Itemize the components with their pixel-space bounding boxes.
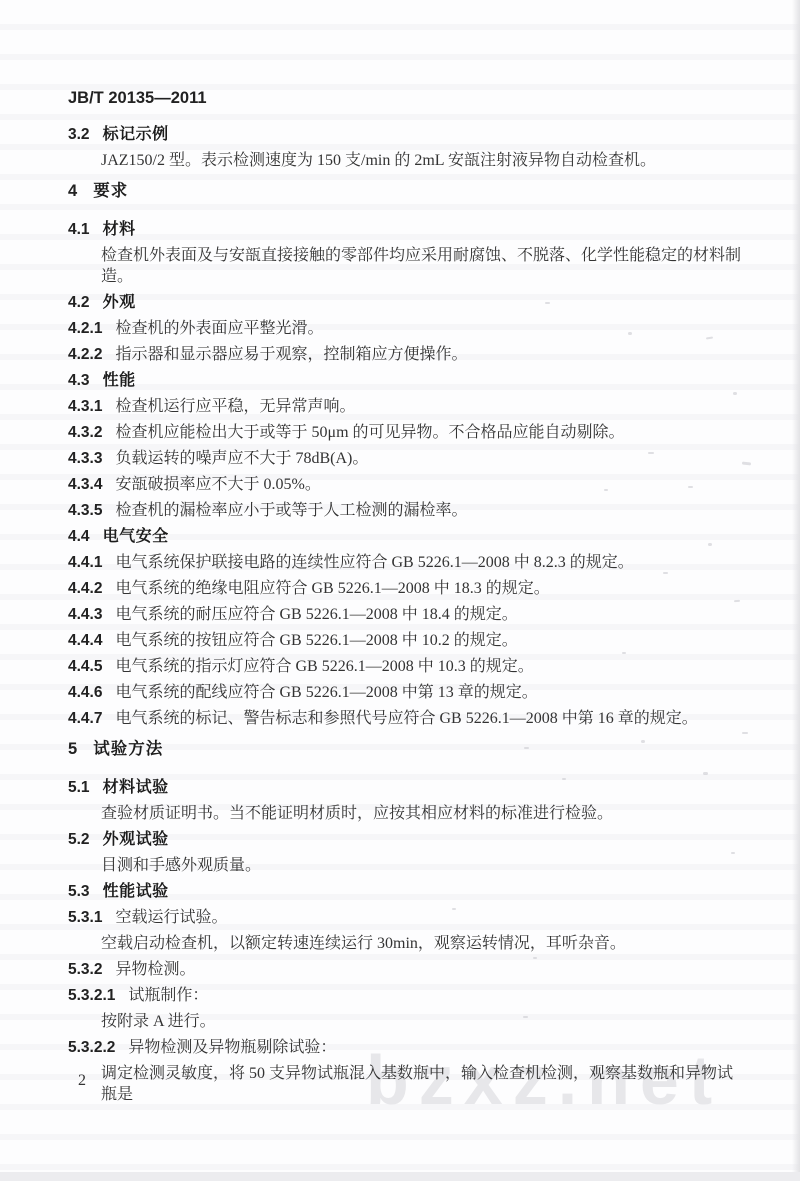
clause-4.3.1: 4.3.1检查机运行应平稳，无异常声响。 [68,396,748,417]
clause-text: 检查机应能检出大于或等于 50μm 的可见异物。不合格品应能自动剔除。 [115,424,624,441]
document-body: 3.2标记示例JAZ150/2 型。表示检测速度为 150 支/min 的 2m… [68,124,748,1105]
clause-text: 标记示例 [103,126,169,143]
heading-4.1: 4.1材料 [68,219,748,240]
clause-4.2.2: 4.2.2指示器和显示器应易于观察，控制箱应方便操作。 [68,344,748,365]
clause-number: 5.3.2 [68,961,102,978]
clause-number: 4.4.1 [68,554,102,571]
paragraph: 空载启动检查机，以额定转速连续运行 30min，观察运转情况，耳听杂音。 [68,933,748,954]
clause-4.3.3: 4.3.3负载运转的噪声应不大于 78dB(A)。 [68,448,748,469]
clause-text: 要求 [93,182,128,200]
clause-number: 4.4.4 [68,632,102,649]
clause-text: 负载运转的噪声应不大于 78dB(A)。 [115,450,368,467]
clause-text: 材料 [103,221,136,238]
clause-5.3.2: 5.3.2异物检测。 [68,959,748,980]
clause-number: 4.4.6 [68,684,102,701]
page-number: 2 [78,1072,86,1090]
clause-text: 电气系统的按钮应符合 GB 5226.1—2008 中 10.2 的规定。 [115,632,517,649]
clause-number: 4.2.2 [68,346,102,363]
clause-text: 性能试验 [103,883,169,900]
clause-number: 5.2 [68,831,90,848]
clause-text: 检查机的外表面应平整光滑。 [115,320,323,337]
clause-number: 3.2 [68,126,90,143]
clause-number: 5.3.2.2 [68,1039,115,1056]
clause-4.4.3: 4.4.3电气系统的耐压应符合 GB 5226.1—2008 中 18.4 的规… [68,604,748,625]
standard-code-header: JB/T 20135—2011 [68,88,748,109]
clause-text: 检查机的漏检率应小于或等于人工检测的漏检率。 [115,502,467,519]
clause-text: 目测和手感外观质量。 [101,857,261,874]
clause-number: 4.4.7 [68,710,102,727]
clause-text: 安瓿破损率应不大于 0.05%。 [115,476,320,493]
clause-4.4.1: 4.4.1电气系统保护联接电路的连续性应符合 GB 5226.1—2008 中 … [68,552,748,573]
clause-4.3.2: 4.3.2检查机应能检出大于或等于 50μm 的可见异物。不合格品应能自动剔除。 [68,422,748,443]
paragraph: 调定检测灵敏度，将 50 支异物试瓶混入基数瓶中，输入检查机检测，观察基数瓶和异… [68,1063,748,1105]
clause-number: 4.3 [68,372,90,389]
heading-4.3: 4.3性能 [68,370,748,391]
clause-text: 电气安全 [103,528,169,545]
heading-4.4: 4.4电气安全 [68,526,748,547]
clause-number: 4.4.3 [68,606,102,623]
clause-number: 4.4.5 [68,658,102,675]
clause-4.4.7: 4.4.7电气系统的标记、警告标志和参照代号应符合 GB 5226.1—2008… [68,708,748,729]
clause-text: 按附录 A 进行。 [101,1013,216,1030]
clause-text: 异物检测。 [115,961,195,978]
clause-text: 电气系统保护联接电路的连续性应符合 GB 5226.1—2008 中 8.2.3… [115,554,633,571]
clause-5.3.2.2: 5.3.2.2异物检测及异物瓶剔除试验： [68,1037,748,1058]
clause-text: 试验方法 [93,740,163,758]
clause-4.2.1: 4.2.1检查机的外表面应平整光滑。 [68,318,748,339]
clause-number: 5 [68,740,77,758]
heading-4.2: 4.2外观 [68,292,748,313]
clause-text: 空载启动检查机，以额定转速连续运行 30min，观察运转情况，耳听杂音。 [101,935,626,952]
scan-edge-artifact [0,1172,800,1181]
clause-4.4.4: 4.4.4电气系统的按钮应符合 GB 5226.1—2008 中 10.2 的规… [68,630,748,651]
clause-number: 5.3.1 [68,909,102,926]
clause-number: 4.3.4 [68,476,102,493]
chapter-5: 5试验方法 [68,739,748,760]
paragraph: 检查机外表面及与安瓿直接接触的零部件均应采用耐腐蚀、不脱落、化学性能稳定的材料制… [68,245,748,287]
clause-text: 异物检测及异物瓶剔除试验： [128,1039,336,1056]
clause-text: 电气系统的绝缘电阻应符合 GB 5226.1—2008 中 18.3 的规定。 [115,580,549,597]
clause-4.4.6: 4.4.6电气系统的配线应符合 GB 5226.1—2008 中第 13 章的规… [68,682,748,703]
clause-4.4.5: 4.4.5电气系统的指示灯应符合 GB 5226.1—2008 中 10.3 的… [68,656,748,677]
clause-text: 电气系统的指示灯应符合 GB 5226.1—2008 中 10.3 的规定。 [115,658,533,675]
clause-text: 检查机外表面及与安瓿直接接触的零部件均应采用耐腐蚀、不脱落、化学性能稳定的材料制… [101,247,741,285]
paragraph: JAZ150/2 型。表示检测速度为 150 支/min 的 2mL 安瓿注射液… [68,150,748,171]
clause-text: JAZ150/2 型。表示检测速度为 150 支/min 的 2mL 安瓿注射液… [101,152,656,169]
document-page: JB/T 20135—2011 3.2标记示例JAZ150/2 型。表示检测速度… [0,0,800,1105]
heading-5.1: 5.1材料试验 [68,777,748,798]
clause-number: 4.4 [68,528,90,545]
clause-text: 外观 [103,294,136,311]
clause-text: 检查机运行应平稳，无异常声响。 [115,398,355,415]
clause-4.4.2: 4.4.2电气系统的绝缘电阻应符合 GB 5226.1—2008 中 18.3 … [68,578,748,599]
clause-text: 材料试验 [103,779,169,796]
clause-number: 4.1 [68,221,90,238]
heading-5.2: 5.2外观试验 [68,829,748,850]
heading-5.3: 5.3性能试验 [68,881,748,902]
clause-number: 5.1 [68,779,90,796]
clause-number: 5.3 [68,883,90,900]
clause-text: 空载运行试验。 [115,909,227,926]
paragraph: 按附录 A 进行。 [68,1011,748,1032]
clause-text: 查验材质证明书。当不能证明材质时，应按其相应材料的标准进行检验。 [101,805,613,822]
clause-number: 4.2.1 [68,320,102,337]
clause-number: 4.4.2 [68,580,102,597]
clause-5.3.2.1: 5.3.2.1试瓶制作： [68,985,748,1006]
clause-number: 4.2 [68,294,90,311]
clause-5.3.1: 5.3.1空载运行试验。 [68,907,748,928]
clause-text: 指示器和显示器应易于观察，控制箱应方便操作。 [115,346,467,363]
paragraph: 目测和手感外观质量。 [68,855,748,876]
clause-number: 5.3.2.1 [68,987,115,1004]
clause-text: 调定检测灵敏度，将 50 支异物试瓶混入基数瓶中，输入检查机检测，观察基数瓶和异… [101,1065,733,1103]
clause-4.3.5: 4.3.5检查机的漏检率应小于或等于人工检测的漏检率。 [68,500,748,521]
clause-text: 电气系统的耐压应符合 GB 5226.1—2008 中 18.4 的规定。 [115,606,517,623]
clause-number: 4 [68,182,77,200]
heading-3.2: 3.2标记示例 [68,124,748,145]
clause-4.3.4: 4.3.4安瓿破损率应不大于 0.05%。 [68,474,748,495]
clause-text: 性能 [103,372,136,389]
clause-text: 电气系统的标记、警告标志和参照代号应符合 GB 5226.1—2008 中第 1… [115,710,697,727]
clause-number: 4.3.1 [68,398,102,415]
clause-text: 电气系统的配线应符合 GB 5226.1—2008 中第 13 章的规定。 [115,684,537,701]
chapter-4: 4要求 [68,181,748,202]
clause-text: 试瓶制作： [128,987,208,1004]
clause-text: 外观试验 [103,831,169,848]
clause-number: 4.3.2 [68,424,102,441]
clause-number: 4.3.5 [68,502,102,519]
paragraph: 查验材质证明书。当不能证明材质时，应按其相应材料的标准进行检验。 [68,803,748,824]
clause-number: 4.3.3 [68,450,102,467]
